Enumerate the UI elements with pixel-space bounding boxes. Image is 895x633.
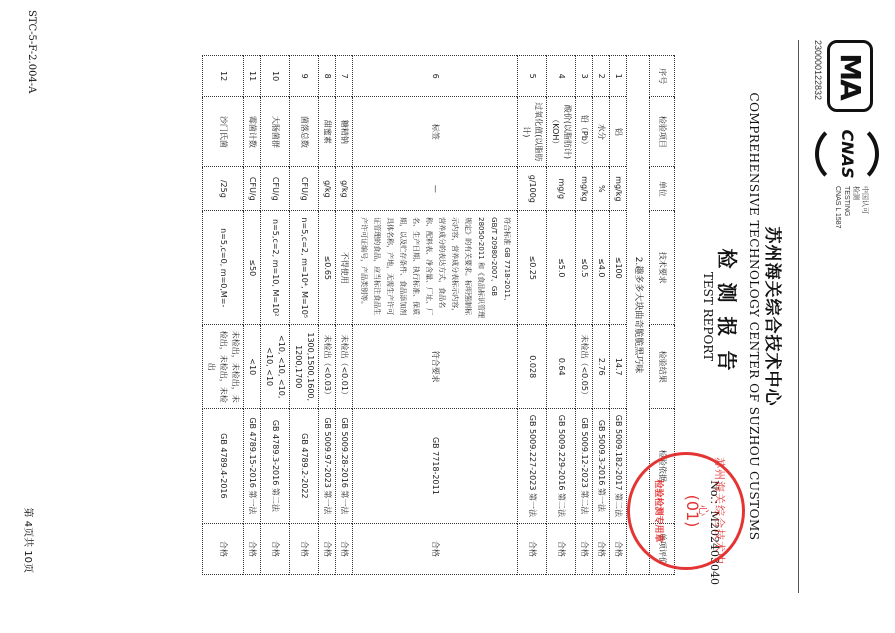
- test-results-table: 序号 检验项目 单位 技术要求 检验结果 检验依据 单项评价 2.趣多多大块曲奇…: [202, 55, 675, 575]
- row-item: 沙门氏菌: [203, 97, 244, 167]
- row-item: 酸价(以脂肪计)（KOH）: [547, 97, 576, 167]
- table-row: 8甜蜜素g/kg≤0.65未检出（<0.03）GB 5009.97-2023 第…: [319, 56, 336, 575]
- row-item: 标签: [353, 97, 518, 167]
- row-method: GB 4789.3-2016 第二法: [261, 409, 290, 524]
- row-unit: /25g: [203, 167, 244, 211]
- header-no: 序号: [650, 56, 675, 97]
- header-requirement: 技术要求: [650, 211, 675, 325]
- header-result: 检验结果: [650, 325, 675, 409]
- row-result: 2.76: [593, 325, 610, 409]
- row-item: 铝: [610, 97, 627, 167]
- row-unit: mg/kg: [576, 167, 593, 211]
- row-conclusion: 合格: [203, 523, 244, 574]
- row-result: 未检出（<0.05）: [576, 325, 593, 409]
- row-method: GB 5009.12-2023 第二法: [576, 409, 593, 524]
- row-method: GB 4789.4-2016: [203, 409, 244, 524]
- row-no: 6: [353, 56, 518, 97]
- table-row: 7糖精钠g/kg不得使用未检出（<0.01）GB 5009.28-2016 第一…: [336, 56, 353, 575]
- row-conclusion: 合格: [576, 523, 593, 574]
- org-title-en: COMPREHENSIVE TECHNOLOGY CENTER OF SUZHO…: [747, 0, 761, 633]
- row-method: GB 5009.97-2023 第一法: [319, 409, 336, 524]
- cnas-text: 中国认可 检测 TESTING CNAS L 1587: [833, 186, 869, 229]
- row-no: 4: [547, 56, 576, 97]
- row-result: 0.64: [547, 325, 576, 409]
- row-conclusion: 合格: [353, 523, 518, 574]
- header-conclusion: 单项评价: [650, 523, 675, 574]
- row-result: 未检出（<0.01）: [336, 325, 353, 409]
- row-no: 3: [576, 56, 593, 97]
- row-item: 过氧化值(以脂肪计): [518, 97, 547, 167]
- row-conclusion: 合格: [518, 523, 547, 574]
- section-title: 2.趣多多大块曲奇脆脆黑巧味: [627, 56, 650, 575]
- row-unit: g/100g: [518, 167, 547, 211]
- row-item: 甜蜜素: [319, 97, 336, 167]
- row-requirement: n=5,c=0, m=0,M=-: [203, 211, 244, 325]
- stamp-middle-text: (01): [683, 455, 702, 567]
- row-conclusion: 合格: [547, 523, 576, 574]
- row-unit: CFU/g: [290, 167, 319, 211]
- row-conclusion: 合格: [290, 523, 319, 574]
- table-row: 12沙门氏菌/25gn=5,c=0, m=0,M=-未检出，未检出，未检出，未检…: [203, 56, 244, 575]
- cnas-logo-icon: CNAS: [815, 122, 879, 186]
- table-row: 1铝mg/kg≤10014.7GB 5009.182-2017 第二法合格: [610, 56, 627, 575]
- row-method: GB 5009.227-2023 第一法: [518, 409, 547, 524]
- row-conclusion: 合格: [244, 523, 261, 574]
- row-unit: %: [593, 167, 610, 211]
- row-no: 2: [593, 56, 610, 97]
- row-result: 符合要求: [353, 325, 518, 409]
- row-method: GB 5009.229-2016 第二法: [547, 409, 576, 524]
- section-row: 2.趣多多大块曲奇脆脆黑巧味: [627, 56, 650, 575]
- row-result: 未检出（<0.03）: [319, 325, 336, 409]
- row-conclusion: 合格: [593, 523, 610, 574]
- row-conclusion: 合格: [319, 523, 336, 574]
- table-row: 4酸价(以脂肪计)（KOH）mg/g≤5.00.64GB 5009.229-20…: [547, 56, 576, 575]
- row-requirement: 不得使用: [336, 211, 353, 325]
- row-unit: g/kg: [319, 167, 336, 211]
- row-conclusion: 合格: [261, 523, 290, 574]
- row-requirement: ≤0.25: [518, 211, 547, 325]
- row-result: 0.028: [518, 325, 547, 409]
- row-requirement: ≤5.0: [547, 211, 576, 325]
- row-method: GB 5009.3-2016 第一法: [593, 409, 610, 524]
- ma-number: 230000122832: [813, 40, 823, 100]
- row-conclusion: 合格: [610, 523, 627, 574]
- table-row: 9菌落总数CFU/gn=5,c=2, m=10⁴, M=10⁵1300,1500…: [290, 56, 319, 575]
- table-row: 6标签—符合标准 GB 7718-2011、GB/T 20980-2007、GB…: [353, 56, 518, 575]
- row-requirement: ≤4.0: [593, 211, 610, 325]
- row-no: 7: [336, 56, 353, 97]
- row-requirement: ≤50: [244, 211, 261, 325]
- certification-logos: MA 230000122832 CNAS 中国认可 检测 TESTING CNA…: [803, 40, 883, 260]
- row-result: 1300,1500,1600, 1200,1700: [290, 325, 319, 409]
- row-unit: CFU/g: [244, 167, 261, 211]
- form-code: STC-5-F-2.004-A: [26, 10, 37, 93]
- row-no: 1: [610, 56, 627, 97]
- row-no: 12: [203, 56, 244, 97]
- row-method: GB 5009.28-2016 第一法: [336, 409, 353, 524]
- row-method: GB 7718-2011: [353, 409, 518, 524]
- row-no: 5: [518, 56, 547, 97]
- row-item: 铅（Pb）: [576, 97, 593, 167]
- row-unit: g/kg: [336, 167, 353, 211]
- table-header-row: 序号 检验项目 单位 技术要求 检验结果 检验依据 单项评价: [650, 56, 675, 575]
- row-no: 9: [290, 56, 319, 97]
- row-conclusion: 合格: [336, 523, 353, 574]
- row-requirement: ≤0.5: [576, 211, 593, 325]
- row-requirement: n=5,c=2, m=10⁴, M=10⁵: [290, 211, 319, 325]
- report-page: MA 230000122832 CNAS 中国认可 检测 TESTING CNA…: [0, 0, 895, 633]
- row-method: GB 5009.182-2017 第二法: [610, 409, 627, 524]
- row-no: 11: [244, 56, 261, 97]
- table-row: 2水分%≤4.02.76GB 5009.3-2016 第一法合格: [593, 56, 610, 575]
- row-method: GB 4789.2-2022: [290, 409, 319, 524]
- row-no: 8: [319, 56, 336, 97]
- row-method: GB 4789.15-2016 第一法: [244, 409, 261, 524]
- row-unit: mg/g: [547, 167, 576, 211]
- row-unit: mg/kg: [610, 167, 627, 211]
- report-number: No.：M202403040: [707, 480, 723, 585]
- header-method: 检验依据: [650, 409, 675, 524]
- row-unit: CFU/g: [261, 167, 290, 211]
- row-item: 水分: [593, 97, 610, 167]
- row-unit: —: [353, 167, 518, 211]
- row-item: 菌落总数: [290, 97, 319, 167]
- page-number: 第 4页共 10页: [22, 508, 37, 573]
- row-result: <10: [244, 325, 261, 409]
- table-row: 11霉菌计数CFU/g≤50<10GB 4789.15-2016 第一法合格: [244, 56, 261, 575]
- table-row: 10大肠菌群CFU/gn=5,c=2, m=10, M=10²<10, <10,…: [261, 56, 290, 575]
- row-item: 糖精钠: [336, 97, 353, 167]
- header-item: 检验项目: [650, 97, 675, 167]
- header-divider: [798, 40, 799, 593]
- table-row: 3铅（Pb）mg/kg≤0.5未检出（<0.05）GB 5009.12-2023…: [576, 56, 593, 575]
- row-requirement: 符合标准 GB 7718-2011、GB/T 20980-2007、GB 280…: [353, 211, 518, 325]
- ma-logo-icon: MA: [827, 40, 873, 112]
- row-no: 10: [261, 56, 290, 97]
- row-requirement: ≤100: [610, 211, 627, 325]
- org-title-cn: 苏州海关综合技术中心: [762, 0, 787, 633]
- table-row: 5过氧化值(以脂肪计)g/100g≤0.250.028GB 5009.227-2…: [518, 56, 547, 575]
- row-item: 大肠菌群: [261, 97, 290, 167]
- row-result: 未检出，未检出，未检出，未检出，未检出: [203, 325, 244, 409]
- row-result: <10, <10, <10, <10, <10: [261, 325, 290, 409]
- header-unit: 单位: [650, 167, 675, 211]
- row-requirement: ≤0.65: [319, 211, 336, 325]
- row-item: 霉菌计数: [244, 97, 261, 167]
- row-requirement: n=5,c=2, m=10, M=10²: [261, 211, 290, 325]
- row-result: 14.7: [610, 325, 627, 409]
